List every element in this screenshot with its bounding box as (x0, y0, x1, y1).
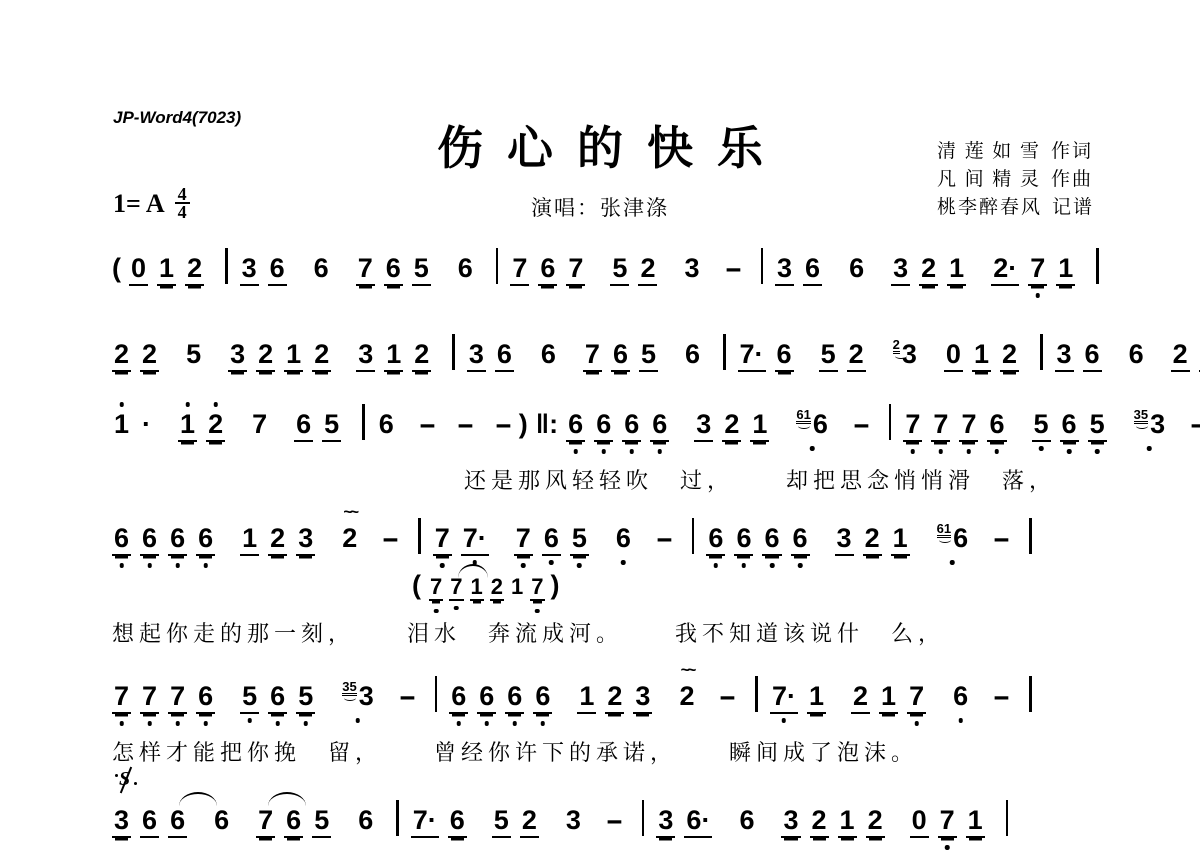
music-line-3: 1·127656---)‖:6666321616-7776565353-还是那风… (112, 404, 1200, 495)
note: 6 (538, 254, 557, 286)
note: 6 (987, 410, 1006, 442)
note: 7· (411, 806, 439, 838)
note: 3 (633, 682, 652, 714)
note: 1 (157, 254, 176, 286)
note: 1 (807, 682, 826, 714)
note: 1 (838, 806, 857, 838)
time-signature: 44 (175, 186, 190, 220)
note: 6 (377, 410, 396, 440)
note: - (459, 410, 472, 440)
credit-lyricist: 清莲如雪作词 (937, 138, 1094, 166)
barline (225, 248, 228, 284)
barline (435, 676, 438, 712)
note: 7 (256, 806, 275, 838)
lyrics-segment: 曾经你许下的承诺， (434, 740, 677, 765)
meter-denominator: 4 (175, 204, 190, 220)
note: 5 (296, 682, 315, 714)
note: 6 (533, 682, 552, 714)
note: 5 (322, 410, 341, 442)
note: 6 (566, 410, 585, 442)
note: 6 (112, 524, 131, 556)
note: 6 (140, 524, 159, 556)
note: 7· (461, 524, 489, 556)
note: 2 (312, 340, 331, 372)
note: 1 (966, 806, 985, 838)
note: 6 (505, 682, 524, 714)
note: 0 (129, 254, 148, 286)
barline (723, 334, 726, 370)
note: 3 (112, 806, 131, 838)
note: 6 (196, 682, 215, 714)
note: 1 (947, 254, 966, 286)
note: - (727, 254, 740, 284)
note: 1 (1056, 254, 1075, 286)
note: - (608, 806, 621, 836)
note: 2 (638, 254, 657, 286)
note: 5 (492, 806, 511, 838)
note: 1 (112, 410, 131, 440)
note: 7 (566, 254, 585, 286)
lyrics-segment: 还是那风轻轻吹 过， (464, 468, 734, 493)
note: 6 (594, 410, 613, 442)
note: 6 (762, 524, 781, 556)
note: 2 (847, 340, 866, 372)
note: 3 (356, 340, 375, 372)
grace-notes: 61 (796, 408, 810, 424)
lyrics-segment: 怎样才能把你挽 留， (112, 740, 382, 765)
note: 7 (530, 575, 544, 601)
note: 7· (738, 340, 766, 372)
note: 2 (140, 340, 159, 372)
note: 7 (433, 524, 452, 556)
note: 3 (467, 340, 486, 372)
note: 3 (296, 524, 315, 556)
note: 6 (456, 254, 475, 284)
lyrics-line: 想起你走的那一刻，泪水 奔流成河。我不知道该说什 么， (112, 617, 1044, 648)
note: 6 (312, 254, 331, 284)
barline (889, 404, 892, 440)
note: 7 (168, 682, 187, 714)
grace-notes: 61 (937, 522, 951, 538)
note: 6 (268, 682, 287, 714)
music-line-5: 7776565353-66661232-7·12176-怎样才能把你挽 留，曾经… (112, 676, 1044, 767)
note: - (995, 682, 1008, 712)
note: 2 (605, 682, 624, 714)
note: 7 (931, 410, 950, 442)
note: 7 (514, 524, 533, 556)
note: 6 (775, 340, 794, 372)
note: 3 (240, 254, 259, 286)
note: - (384, 524, 397, 554)
music-symbol: ( (412, 570, 421, 601)
note: 3 (564, 806, 583, 836)
key-signature: 1= A44 (113, 186, 190, 220)
note: 5 (412, 254, 431, 286)
note: 2 (866, 806, 885, 838)
note: 6 (1060, 410, 1079, 442)
note: 3 (891, 254, 910, 286)
note: 1 (384, 340, 403, 372)
note: 2· (991, 254, 1019, 286)
note: - (855, 410, 868, 440)
notation-row: 7776565353-66661232-7·12176- (112, 676, 1044, 720)
note: · (140, 410, 153, 440)
note: 2 (490, 575, 504, 601)
music-symbol: ) (519, 409, 528, 440)
music-line-1: (0123667656767523-3663212·71 (112, 248, 1111, 292)
note: 6 (611, 340, 630, 372)
music-symbol: ‖: (536, 409, 558, 440)
note: 6 (356, 806, 375, 836)
note: 2 (340, 524, 359, 554)
note: 2 (863, 524, 882, 556)
note: 1 (178, 410, 197, 442)
note: 1 (750, 410, 769, 442)
sheet-music-page: JP-Word4(7023) 伤心的快乐 演唱：张津涤 1= A44 清莲如雪作… (0, 0, 1200, 850)
note: 3 (781, 806, 800, 838)
note: 2 (206, 410, 225, 442)
barline (452, 334, 455, 370)
note: 6 (706, 524, 725, 556)
note: 5 (1032, 410, 1051, 442)
note: 7· (770, 682, 798, 714)
note: 1 (972, 340, 991, 372)
lyrics-line: 怎样才能把你挽 留，曾经你许下的承诺，瞬间成了泡沫。 (112, 736, 1044, 767)
lyrics-segment: 却把思念悄悄滑 落， (786, 468, 1056, 493)
lyrics-segment: 我不知道该说什 么， (675, 621, 945, 646)
note: 6 (803, 254, 822, 286)
note: 1 (240, 524, 259, 556)
note: 7 (938, 806, 957, 838)
note: 7 (112, 682, 131, 714)
segno-icon: S (116, 768, 136, 794)
credits-block: 清莲如雪作词 凡间精灵作曲 桃李醉春风记谱 (937, 138, 1094, 222)
note: 6 (539, 340, 558, 370)
music-symbol: ( (112, 253, 121, 284)
barline (496, 248, 499, 284)
barline (396, 800, 399, 836)
note: - (421, 410, 434, 440)
note: 3 (228, 340, 247, 372)
note: 6 (196, 524, 215, 556)
note: 6 (1127, 340, 1146, 370)
note: 0 (910, 806, 929, 838)
note: 6 (542, 524, 561, 556)
barline (692, 518, 695, 554)
credit-transcriber: 桃李醉春风记谱 (937, 194, 1094, 222)
barline (1096, 248, 1099, 284)
note: 6 (284, 806, 303, 838)
note: 6· (684, 806, 712, 838)
note: 1 (879, 682, 898, 714)
note: 6 (847, 254, 866, 284)
note: 6 (294, 410, 313, 442)
barline (1040, 334, 1043, 370)
notation-row: 225321231236676567·65223012366212267 (112, 334, 1200, 378)
note: 1 (284, 340, 303, 372)
note: 2 (919, 254, 938, 286)
notation-row: 1·127656---)‖:6666321616-7776565353- (112, 404, 1200, 448)
music-line-4: 66661232-77·7656-6666321616-(771217)想起你走… (112, 518, 1044, 648)
note: 2 (1000, 340, 1019, 372)
note: 6 (140, 806, 159, 838)
note: 6 (448, 806, 467, 838)
note: 6 (495, 340, 514, 372)
note: 2 (677, 682, 696, 712)
note: 616 (935, 524, 971, 554)
music-line-2: 225321231236676567·65223012366212267 (112, 334, 1200, 378)
note: 6 (737, 806, 756, 836)
note: 5 (312, 806, 331, 838)
notation-row: S366676567·6523-36·63212071 (112, 800, 1020, 844)
note: 23 (891, 340, 919, 370)
note: 3 (1055, 340, 1074, 372)
note: - (497, 410, 510, 440)
note: - (1192, 410, 1200, 440)
credit-composer: 凡间精灵作曲 (937, 166, 1094, 194)
note: 3 (656, 806, 675, 838)
notation-row: 66661232-77·7656-6666321616- (112, 518, 1044, 562)
note: 2 (520, 806, 539, 838)
note: - (658, 524, 671, 554)
note: 6 (614, 524, 633, 554)
note: 6 (384, 254, 403, 286)
note: 6 (734, 524, 753, 556)
note: 7 (449, 575, 463, 601)
note: 1 (577, 682, 596, 714)
lyrics-segment: 泪水 奔流成河。 (407, 621, 623, 646)
note: 2 (851, 682, 870, 714)
note: 3 (835, 524, 854, 556)
note: 1 (470, 575, 484, 601)
note: 6 (268, 254, 287, 286)
music-symbol: ) (551, 570, 560, 601)
note: 7 (907, 682, 926, 714)
note: 5 (1088, 410, 1107, 442)
barline (642, 800, 645, 836)
grace-notes: 35 (342, 680, 356, 696)
note: 6 (951, 682, 970, 712)
note: 6 (449, 682, 468, 714)
note: 6 (212, 806, 231, 836)
note: 7 (959, 410, 978, 442)
barline (761, 248, 764, 284)
barline (1029, 518, 1032, 554)
note: - (995, 524, 1008, 554)
note: 2 (722, 410, 741, 442)
note: 6 (1083, 340, 1102, 372)
barline (1006, 800, 1009, 836)
alt-notation-row: (771217) (412, 570, 1044, 601)
lyrics-line: 还是那风轻轻吹 过，却把思念悄悄滑 落， (112, 464, 1200, 495)
note: - (401, 682, 414, 712)
note: 2 (268, 524, 287, 556)
notation-row: (0123667656767523-3663212·71 (112, 248, 1111, 292)
note: 7 (583, 340, 602, 372)
note: 2 (412, 340, 431, 372)
note: 2 (112, 340, 131, 372)
note: 5 (184, 340, 203, 370)
note: 6 (650, 410, 669, 442)
note: 7 (140, 682, 159, 714)
note: 5 (819, 340, 838, 372)
grace-notes: 2 (893, 338, 900, 354)
tie-arc (179, 792, 217, 806)
note: 2 (256, 340, 275, 372)
tie-arc (268, 792, 306, 806)
note: 5 (639, 340, 658, 372)
note: 5 (610, 254, 629, 286)
barline (362, 404, 365, 440)
note: 353 (340, 682, 376, 712)
note: 1 (891, 524, 910, 556)
note: 7 (903, 410, 922, 442)
note: 7 (510, 254, 529, 286)
note: 0 (944, 340, 963, 372)
note: 616 (794, 410, 830, 440)
music-line-6: S366676567·6523-36·63212071 (112, 800, 1020, 844)
note: 2 (1171, 340, 1190, 372)
note: 5 (240, 682, 259, 714)
barline (418, 518, 421, 554)
note: 3 (775, 254, 794, 286)
note: 7 (250, 410, 269, 440)
note: 3 (682, 254, 701, 284)
note: 1 (510, 575, 524, 599)
note: 2 (810, 806, 829, 838)
note: 3 (694, 410, 713, 442)
note: 5 (570, 524, 589, 556)
note: 7 (356, 254, 375, 286)
note: 6 (168, 806, 187, 838)
lyrics-segment: 想起你走的那一刻， (112, 621, 355, 646)
note: 6 (683, 340, 702, 370)
note: - (721, 682, 734, 712)
grace-notes: 35 (1134, 408, 1148, 424)
lyrics-segment: 瞬间成了泡沫。 (729, 740, 918, 765)
note: 6 (622, 410, 641, 442)
barline (1029, 676, 1032, 712)
note: 6 (477, 682, 496, 714)
note: 6 (168, 524, 187, 556)
note: 2 (185, 254, 204, 286)
barline (755, 676, 758, 712)
note: 7 (1028, 254, 1047, 286)
key-label: 1= A (113, 189, 165, 218)
note: 7 (429, 575, 443, 601)
note: 353 (1132, 410, 1168, 440)
note: 6 (791, 524, 810, 556)
